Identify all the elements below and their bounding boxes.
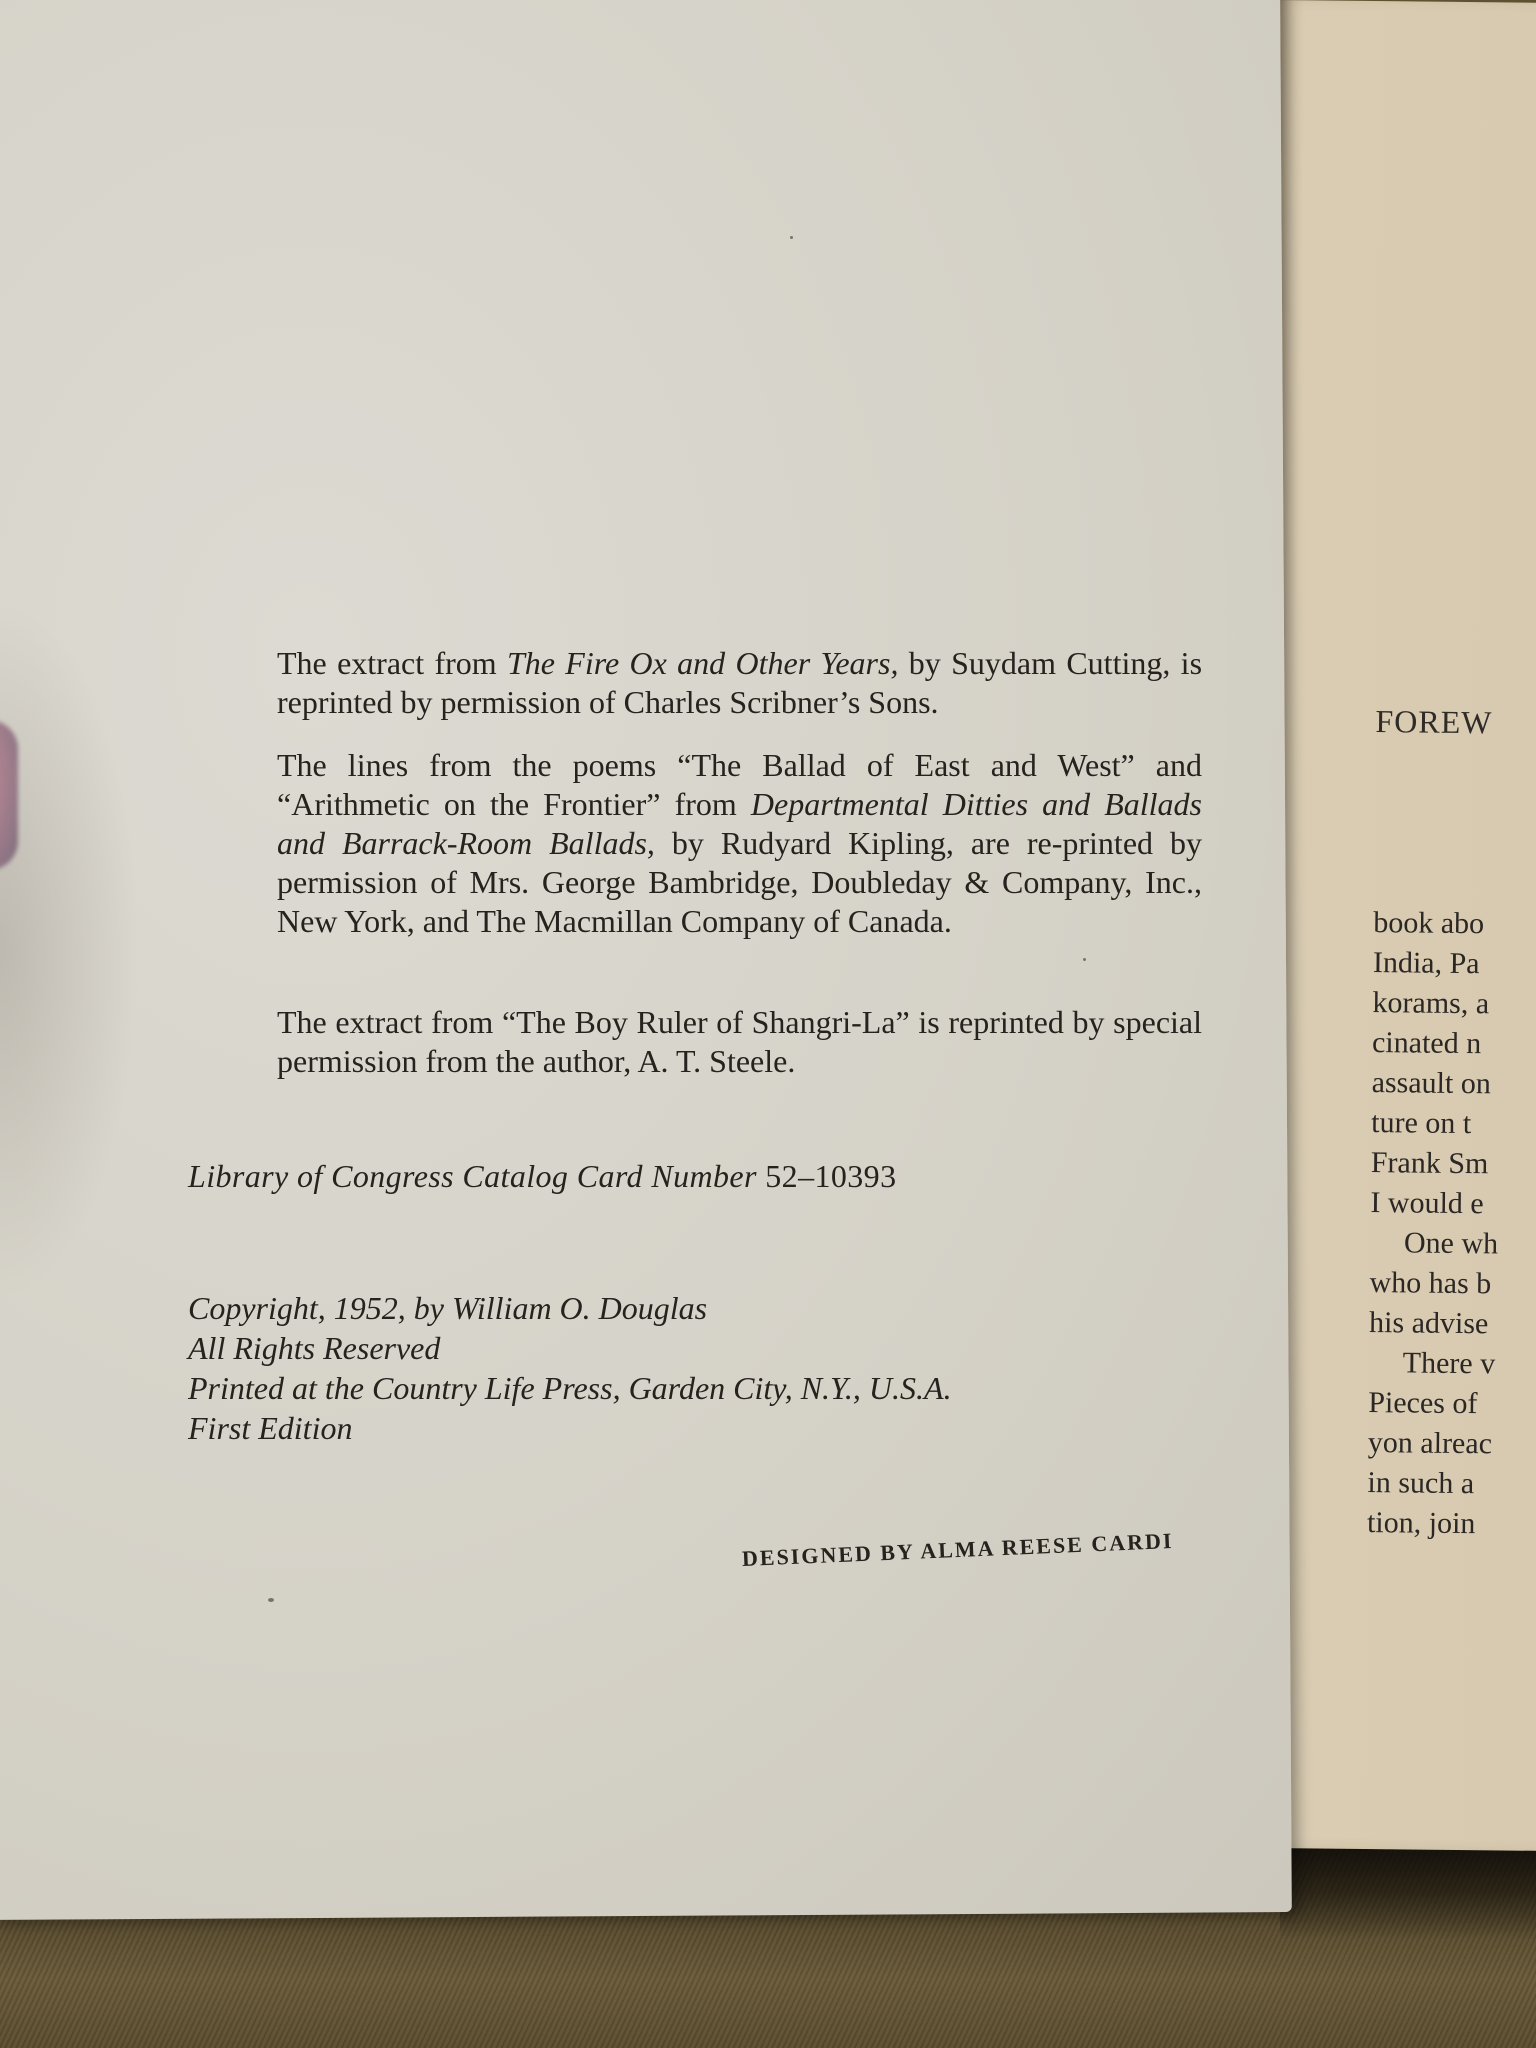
permission-paragraph: The extract from The Fire Ox and Other Y…	[277, 644, 1202, 722]
paper-speck	[1083, 958, 1086, 961]
copyright-line: Copyright, 1952, by William O. Douglas	[188, 1288, 952, 1328]
foreword-text: book abo India, Pa korams, a cinated n a…	[1367, 903, 1502, 1544]
text-line: Pieces of	[1368, 1383, 1497, 1424]
printer-line: Printed at the Country Life Press, Garde…	[188, 1368, 952, 1408]
text-line: yon alreac	[1368, 1423, 1497, 1464]
lccn-line: Library of Congress Catalog Card Number …	[188, 1158, 896, 1195]
text-line: who has b	[1369, 1263, 1498, 1304]
text-line: cinated n	[1372, 1023, 1501, 1064]
text-line: assault on	[1371, 1063, 1500, 1104]
copyright-page	[0, 0, 1292, 1920]
paper-speck	[268, 1598, 274, 1602]
text-line: tion, join	[1367, 1503, 1496, 1544]
text-line: One wh	[1370, 1223, 1499, 1264]
permission-paragraph: The extract from “The Boy Ruler of Shang…	[277, 1003, 1202, 1081]
edition-line: First Edition	[188, 1408, 952, 1448]
text-line: India, Pa	[1373, 943, 1502, 984]
text-line: korams, a	[1372, 983, 1501, 1024]
text-line: his advise	[1369, 1303, 1498, 1344]
copyright-notice: Copyright, 1952, by William O. Douglas A…	[188, 1288, 952, 1448]
text-line: There v	[1369, 1343, 1498, 1384]
text-line: book abo	[1373, 903, 1502, 944]
rights-line: All Rights Reserved	[188, 1328, 952, 1368]
text-line: ture on t	[1371, 1103, 1500, 1144]
text-line: I would e	[1370, 1183, 1499, 1224]
paper-speck	[790, 236, 793, 239]
thumb	[0, 720, 18, 870]
shadow	[0, 600, 140, 1300]
permission-paragraph: The lines from the poems “The Ballad of …	[277, 746, 1202, 941]
facing-page: FOREW book abo India, Pa korams, a cinat…	[1259, 0, 1536, 1851]
foreword-heading: FOREW	[1375, 703, 1492, 741]
lccn-label: Library of Congress Catalog Card Number	[188, 1158, 757, 1194]
lccn-number: 52–10393	[765, 1158, 896, 1194]
text-line: in such a	[1367, 1463, 1496, 1504]
text-line: Frank Sm	[1371, 1143, 1500, 1184]
book-title: The Fire Ox and Other Years,	[507, 645, 898, 681]
